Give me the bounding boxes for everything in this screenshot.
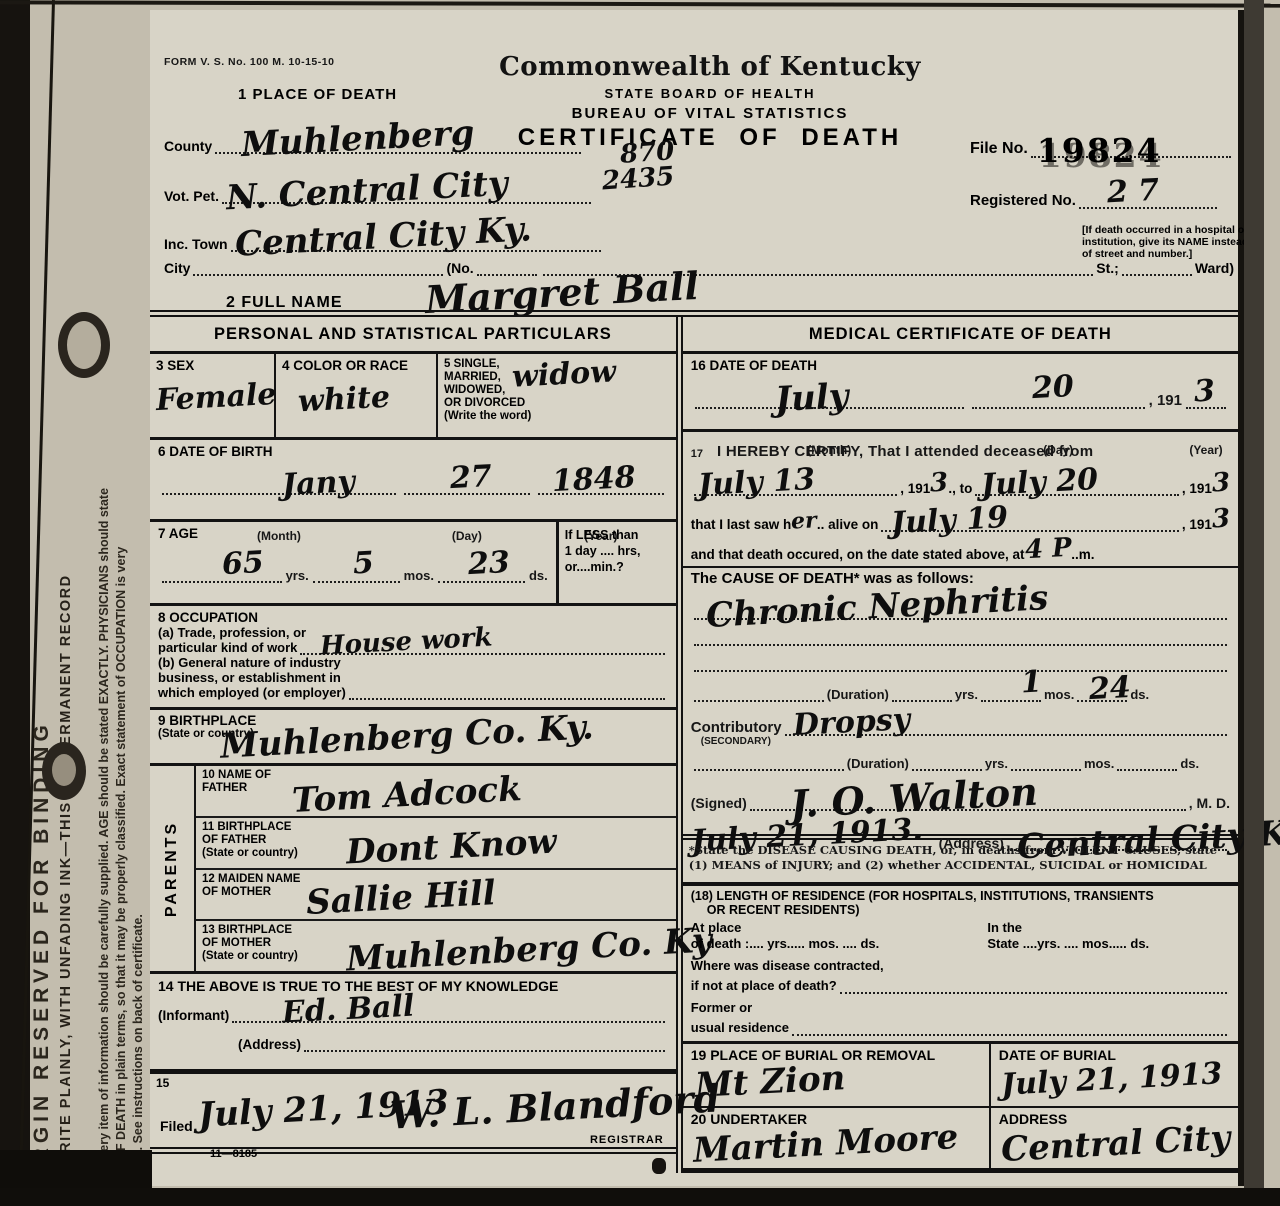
dod-year-value: 3 [1193, 376, 1215, 407]
dod-label: 16 DATE OF DEATH [691, 358, 1230, 373]
undertaker-row: 20 UNDERTAKER Martin Moore ADDRESS Centr… [683, 1108, 1238, 1173]
contributory-label: Contributory [691, 719, 782, 736]
city-label: City [164, 260, 190, 276]
sex-label: 3 SEX [156, 358, 268, 373]
voting-precinct-label: Vot. Pet. [164, 188, 219, 204]
certificate-form: FORM V. S. No. 100 M. 10-15-10 Commonwea… [150, 10, 1244, 1186]
date-of-burial-value: July 21, 1913 [1000, 1059, 1223, 1101]
age-note: If LESS than 1 day .... hrs, or....min.? [556, 522, 676, 603]
scan-right-band [1244, 0, 1264, 1206]
personal-section-title: PERSONAL AND STATISTICAL PARTICULARS [150, 317, 676, 354]
dod-year-print: , 191 [1149, 392, 1182, 409]
city-field: City (No. St.; Ward) [164, 260, 1234, 276]
duration-mos-caption: mos. [1044, 687, 1074, 702]
duration-label: (Duration) [827, 687, 889, 702]
residence-label-line1: (18) LENGTH OF RESIDENCE (FOR HOSPITALS,… [691, 889, 1230, 903]
registered-no-field: Registered No. 2 7 [970, 192, 1220, 209]
voting-precinct-line: N. Central City [222, 202, 591, 204]
undertaker-cell: 20 UNDERTAKER Martin Moore [683, 1108, 991, 1168]
footnote-line2: (1) MEANS of INJURY; and (2) whether ACC… [689, 858, 1232, 873]
inc-town-value: Central City Ky. [234, 212, 532, 261]
death-time-value: 4 P [1024, 535, 1072, 563]
city-ward-label: Ward) [1195, 260, 1234, 276]
certify-line1: I HEREBY CERTIFY, That I attended deceas… [717, 443, 1093, 460]
parents-vertical-label: PARENTS [150, 766, 194, 971]
saw-line1: that I last saw h [691, 517, 792, 532]
age-note-line1: If LESS than [565, 527, 670, 543]
attended-from-year-print: , 191 [900, 481, 930, 496]
occupation-b-line2: business, or establishment in [158, 670, 668, 685]
death-occurred-line2: ..m. [1071, 547, 1094, 562]
state-board-title: STATE BOARD OF HEALTH [450, 86, 970, 101]
birthplace-row: 9 BIRTHPLACE (State or country) Muhlenbe… [150, 710, 676, 766]
mother-name-value: Sallie Hill [305, 876, 496, 920]
footnote-line1: *State the DISEASE CAUSING DEATH, or, in… [689, 843, 1232, 858]
inc-town-label: Inc. Town [164, 236, 228, 252]
commonwealth-title: Commonwealth of Kentucky [450, 52, 970, 82]
city-no-label: (No. [446, 260, 473, 276]
saw-line2: .. alive on [817, 517, 879, 532]
dob-month-value: Jany [281, 467, 355, 501]
contracted-line1: Where was disease contracted, [691, 958, 1230, 974]
margin-nb-note: N. B.—Every item of information should b… [96, 88, 147, 1206]
age-label: 7 AGE [158, 526, 548, 541]
informant-address-label: (Address) [238, 1037, 301, 1052]
at-place-block: At place of death :.... yrs..... mos. ..… [691, 920, 988, 952]
age-days-value: 23 [467, 548, 510, 580]
age-row: 7 AGE 65 yrs. 5 mos. 23 ds. [150, 522, 676, 606]
age-months-value: 5 [352, 548, 374, 579]
former-line2: usual residence [691, 1020, 789, 1036]
md-label: , M. D. [1189, 795, 1230, 811]
sex-race-marital-row: 3 SEX Female 4 COLOR OR RACE white 5 SIN… [150, 354, 676, 440]
county-field: County Muhlenberg [164, 138, 584, 154]
sex-cell: 3 SEX Female [150, 354, 276, 437]
county-label: County [164, 138, 212, 154]
certify-number: 17 [691, 448, 703, 460]
inc-town-line: Central City Ky. [231, 250, 601, 252]
saw-year-hw: 3 [1211, 506, 1230, 533]
father-birthplace-row: 11 BIRTHPLACE OF FATHER (State or countr… [196, 818, 676, 870]
occupation-label: 8 OCCUPATION [158, 610, 668, 625]
former-line1: Former or [691, 1000, 1230, 1016]
personal-particulars-column: PERSONAL AND STATISTICAL PARTICULARS 3 S… [150, 317, 683, 1173]
race-label: 4 COLOR OR RACE [282, 358, 430, 373]
age-months-caption: mos. [404, 568, 434, 583]
mother-birthplace-row: 13 BIRTHPLACE OF MOTHER (State or countr… [196, 921, 676, 971]
sex-value: Female [155, 380, 277, 416]
saw-year-print: , 191 [1182, 517, 1212, 532]
marital-label-5: (Write the word) [444, 410, 670, 423]
dob-year-value: 1848 [551, 463, 636, 497]
cause-footnote: *State the DISEASE CAUSING DEATH, or, in… [683, 840, 1238, 886]
race-cell: 4 COLOR OR RACE white [276, 354, 438, 437]
at-place-line2: of death :.... yrs..... mos. .... ds. [691, 936, 988, 952]
contrib-mos-caption: mos. [1084, 756, 1114, 771]
attended-from-year-hw: 3 [930, 470, 949, 497]
dob-label: 6 DATE OF BIRTH [158, 444, 668, 459]
age-years-caption: yrs. [286, 568, 309, 583]
place-of-burial-cell: 19 PLACE OF BURIAL OR REMOVAL Mt Zion [683, 1044, 991, 1106]
registered-no-value: 2 7 [1106, 176, 1160, 209]
city-st-label: St.; [1096, 260, 1119, 276]
parents-section: PARENTS 10 NAME OF FATHER Tom Adcock 11 … [150, 766, 676, 974]
file-no-line: 19824 [1031, 156, 1231, 158]
age-years-value: 65 [221, 548, 264, 580]
duration-days-value: 24 [1089, 673, 1132, 705]
race-value: white [297, 383, 390, 418]
registrar-label: REGISTRAR [590, 1134, 664, 1146]
informant-label: (Informant) [158, 1008, 229, 1023]
at-place-line1: At place [691, 920, 988, 936]
in-state-line1: In the [987, 920, 1230, 936]
burial-row: 19 PLACE OF BURIAL OR REMOVAL Mt Zion DA… [683, 1044, 1238, 1108]
filed-label: Filed [160, 1118, 193, 1134]
binding-hole [42, 742, 86, 800]
attended-to-year-print: , 191 [1182, 481, 1212, 496]
dod-month-value: July [774, 379, 849, 417]
margin-nb-line3: important. See instructions on back of c… [130, 88, 147, 1206]
informant-address-field: (Address) [238, 1037, 668, 1052]
occupation-b-line1: (b) General nature of industry [158, 655, 668, 670]
contrib-duration-label: (Duration) [847, 756, 909, 771]
file-no-label: File No. [970, 140, 1028, 158]
saw-her-hw: er [791, 509, 818, 532]
undertaker-address-value: Central City [1000, 1121, 1231, 1167]
cause-of-death-section: The CAUSE OF DEATH* was as follows: Chro… [683, 568, 1238, 840]
length-of-residence-section: (18) LENGTH OF RESIDENCE (FOR HOSPITALS,… [683, 886, 1238, 1044]
file-no-value: 19824 [1037, 138, 1162, 164]
occupation-b-line3: which employed (or employer) [158, 685, 346, 700]
occupation-a-value: House work [320, 625, 494, 660]
filed-row: 15 Filed July 21, 1913 W. L. Blandford R… [150, 1074, 676, 1154]
occupation-row: 8 OCCUPATION (a) Trade, profession, or p… [150, 606, 676, 710]
hospital-note: [If death occurred in a hospital or inst… [1082, 224, 1250, 260]
voting-precinct-field: Vot. Pet. N. Central City [164, 188, 594, 204]
duration-yrs-caption: yrs. [955, 687, 978, 702]
marital-value: widow [511, 357, 616, 392]
father-bp-value: Dont Know [345, 824, 557, 869]
contracted-line2: if not at place of death? [691, 978, 837, 994]
attended-to-year-hw: 3 [1211, 470, 1230, 497]
county-value: Muhlenberg [240, 116, 475, 162]
form-header: FORM V. S. No. 100 M. 10-15-10 Commonwea… [150, 10, 1238, 306]
date-of-birth-row: 6 DATE OF BIRTH (Month) Jany (Day) 27 (Y… [150, 440, 676, 522]
form-body: PERSONAL AND STATISTICAL PARTICULARS 3 S… [150, 310, 1238, 1173]
father-name-row: 10 NAME OF FATHER Tom Adcock [196, 766, 676, 818]
in-state-block: In the State ....yrs. .... mos..... ds. [987, 920, 1230, 952]
date-of-burial-cell: DATE OF BURIAL July 21, 1913 [991, 1044, 1238, 1106]
duration-months-value: 1 [1020, 667, 1042, 698]
handwritten-numbers: 870 2435 [620, 140, 674, 192]
filed-number: 15 [156, 1076, 169, 1090]
dod-day-value: 20 [1031, 372, 1074, 404]
place-of-death-label: 1 PLACE OF DEATH [238, 86, 397, 103]
contrib-ds-caption: ds. [1180, 756, 1199, 771]
scan-bottom-edge [0, 1188, 1280, 1206]
scan-speck [652, 1158, 666, 1174]
marital-cell: 5 SINGLE, MARRIED, WIDOWED, OR DIVORCED … [438, 354, 676, 437]
contrib-yrs-caption: yrs. [985, 756, 1008, 771]
contributory-duration-line: (Duration) yrs. mos. ds. [691, 747, 1230, 771]
informant-value: Ed. Ball [282, 992, 416, 1029]
form-number: FORM V. S. No. 100 M. 10-15-10 [164, 56, 334, 68]
mother-name-row: 12 MAIDEN NAME OF MOTHER Sallie Hill [196, 870, 676, 922]
marital-label-4: OR DIVORCED [444, 397, 670, 410]
scan-top-edge [0, 0, 1280, 7]
father-name-value: Tom Adcock [291, 772, 522, 818]
cause-duration-line: (Duration) yrs. 1 mos. 24 ds. [691, 672, 1230, 702]
bureau-title: BUREAU OF VITAL STATISTICS [450, 105, 970, 122]
in-state-line2: State ....yrs. .... mos..... ds. [987, 936, 1230, 952]
margin-nb-line2: CAUSE OF DEATH in plain terms, so that i… [113, 88, 130, 1206]
registered-no-label: Registered No. [970, 192, 1076, 209]
place-of-burial-value: Mt Zion [694, 1061, 846, 1103]
margin-write-plainly-text: WRITE PLAINLY, WITH UNFADING INK—THIS IS… [58, 574, 74, 1168]
form-print-code: 11—8185 [210, 1148, 257, 1160]
last-seen-date: July 19 [891, 503, 1009, 539]
undertaker-value: Martin Moore [692, 1120, 959, 1168]
inc-town-field: Inc. Town Central City Ky. [164, 236, 604, 252]
dob-day-value: 27 [449, 462, 492, 494]
occupation-a-line2: particular kind of work [158, 640, 297, 655]
duration-ds-caption: ds. [1130, 687, 1149, 702]
certify-paragraph: 17 I HEREBY CERTIFY, That I attended dec… [683, 432, 1238, 568]
informant-section: 14 THE ABOVE IS TRUE TO THE BEST OF MY K… [150, 974, 676, 1074]
contributory-value: Dropsy [792, 705, 911, 741]
informant-field: (Informant) Ed. Ball [158, 1008, 668, 1023]
voting-precinct-value: N. Central City [225, 167, 508, 216]
to-label: ., to [948, 481, 972, 496]
scanned-death-certificate: MARGIN RESERVED FOR BINDING WRITE PLAINL… [0, 0, 1280, 1206]
city-line [193, 274, 443, 276]
attended-to-value: July 20 [981, 465, 1099, 501]
file-no-field: File No. 19824 [970, 140, 1234, 158]
death-occurred-line: and that death occured, on the date stat… [691, 547, 1025, 562]
age-note-line2: 1 day .... hrs, [565, 543, 670, 559]
margin-nb-line1: N. B.—Every item of information should b… [96, 88, 113, 1206]
county-line: Muhlenberg [215, 152, 581, 154]
stamp-number-bottom: 2435 [601, 164, 675, 195]
medical-certificate-column: MEDICAL CERTIFICATE OF DEATH 16 DATE OF … [683, 317, 1238, 1173]
date-of-death-row: 16 DATE OF DEATH (Month) July (Day) 20 ,… [683, 354, 1238, 432]
attended-from-value: July 13 [697, 465, 815, 501]
binding-hole [58, 312, 110, 378]
signed-label: (Signed) [691, 795, 747, 811]
medical-section-title: MEDICAL CERTIFICATE OF DEATH [683, 317, 1238, 354]
age-note-line3: or....min.? [565, 559, 670, 575]
undertaker-address-cell: ADDRESS Central City [991, 1108, 1238, 1168]
header-titles: Commonwealth of Kentucky STATE BOARD OF … [450, 52, 970, 152]
residence-label-line2: OR RECENT RESIDENTS) [707, 903, 1230, 917]
secondary-label: (SECONDARY) [701, 736, 1230, 747]
age-days-caption: ds. [529, 568, 548, 583]
registered-no-line: 2 7 [1079, 207, 1217, 209]
